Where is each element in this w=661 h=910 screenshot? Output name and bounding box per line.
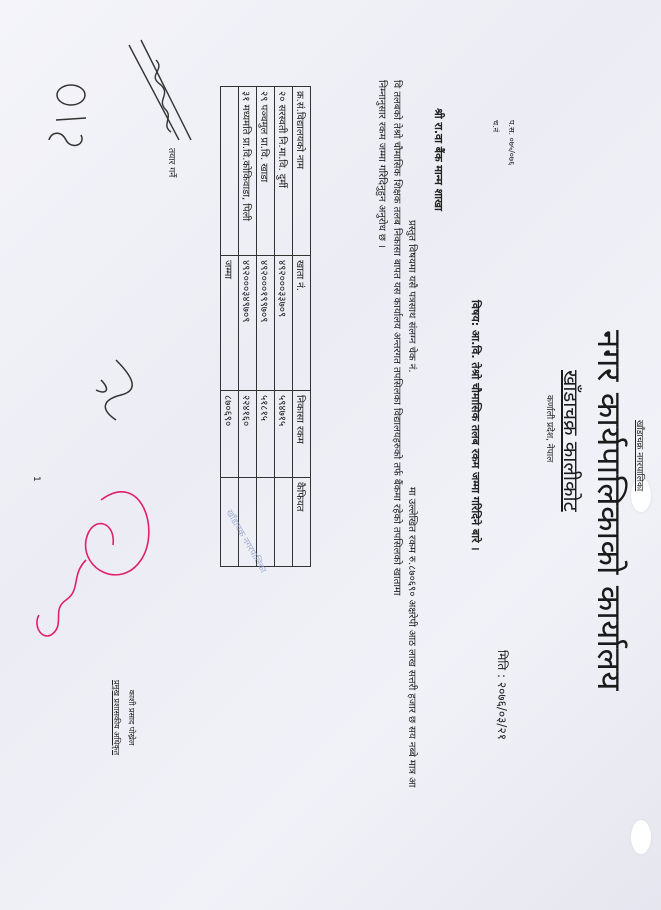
preparer-signature-icon: [129, 40, 191, 140]
handwriting-overlay: [0, 0, 661, 910]
document-page: खाँडाचक्र नगरपालिका नगर कार्यपालिकाको का…: [0, 0, 661, 910]
red-signature-icon: [37, 492, 149, 636]
handwritten-mark-icon: [49, 85, 86, 145]
approval-signature-icon: [96, 360, 132, 420]
